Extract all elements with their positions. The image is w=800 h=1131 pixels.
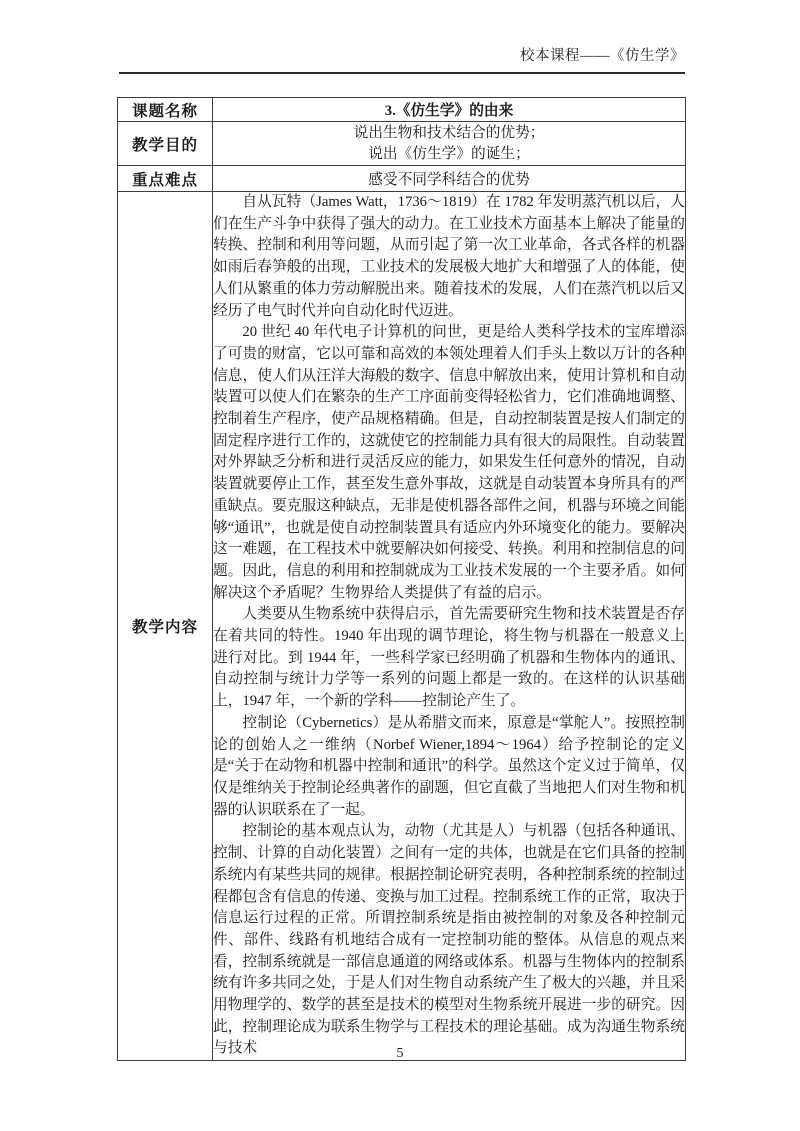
row-label-key-points: 重点难点	[118, 166, 213, 192]
content-paragraph: 20 世纪 40 年代电子计算机的问世，更是给人类科学技术的宝库增添了可贵的财富…	[213, 322, 685, 604]
key-points-text: 感受不同学科结合的优势	[213, 166, 686, 192]
content-paragraph: 控制论的基本观点认为，动物（尤其是人）与机器（包括各种通讯、控制、计算的自动化装…	[213, 821, 685, 1060]
header-title: 校本课程——《仿生学》	[520, 48, 685, 64]
content-paragraph: 控制论（Cybernetics）是从希腊文而来，原意是“掌舵人”。按照控制论的创…	[213, 713, 685, 822]
document-page: 校本课程——《仿生学》 课题名称 3.《仿生学》的由来 教学目的 说出生物和技术…	[0, 0, 800, 1131]
objective-line-1: 说出生物和技术结合的优势；	[213, 123, 685, 144]
row-label-topic: 课题名称	[118, 98, 213, 122]
row-label-objectives: 教学目的	[118, 122, 213, 166]
table-row-objectives: 教学目的 说出生物和技术结合的优势； 说出《仿生学》的诞生；	[118, 122, 686, 166]
table-row-topic: 课题名称 3.《仿生学》的由来	[118, 98, 686, 122]
content-paragraph: 自从瓦特（James Watt，1736～1819）在 1782 年发明蒸汽机以…	[213, 192, 685, 322]
content-paragraph: 人类要从生物系统中获得启示，首先需要研究生物和技术装置是否存在着共同的特性。19…	[213, 604, 685, 713]
topic-title: 3.《仿生学》的由来	[213, 98, 686, 122]
page-header: 校本课程——《仿生学》	[119, 44, 685, 74]
table-row-key-points: 重点难点 感受不同学科结合的优势	[118, 166, 686, 192]
page-number-text: 5	[397, 1046, 404, 1061]
objectives-cell: 说出生物和技术结合的优势； 说出《仿生学》的诞生；	[213, 122, 686, 166]
content-cell: 自从瓦特（James Watt，1736～1819）在 1782 年发明蒸汽机以…	[213, 192, 686, 1061]
page-number: 5	[0, 1046, 800, 1062]
row-label-content: 教学内容	[118, 192, 213, 1061]
table-row-content: 教学内容 自从瓦特（James Watt，1736～1819）在 1782 年发…	[118, 192, 686, 1061]
lesson-plan-table: 课题名称 3.《仿生学》的由来 教学目的 说出生物和技术结合的优势； 说出《仿生…	[117, 97, 686, 1061]
objective-line-2: 说出《仿生学》的诞生；	[213, 144, 685, 165]
